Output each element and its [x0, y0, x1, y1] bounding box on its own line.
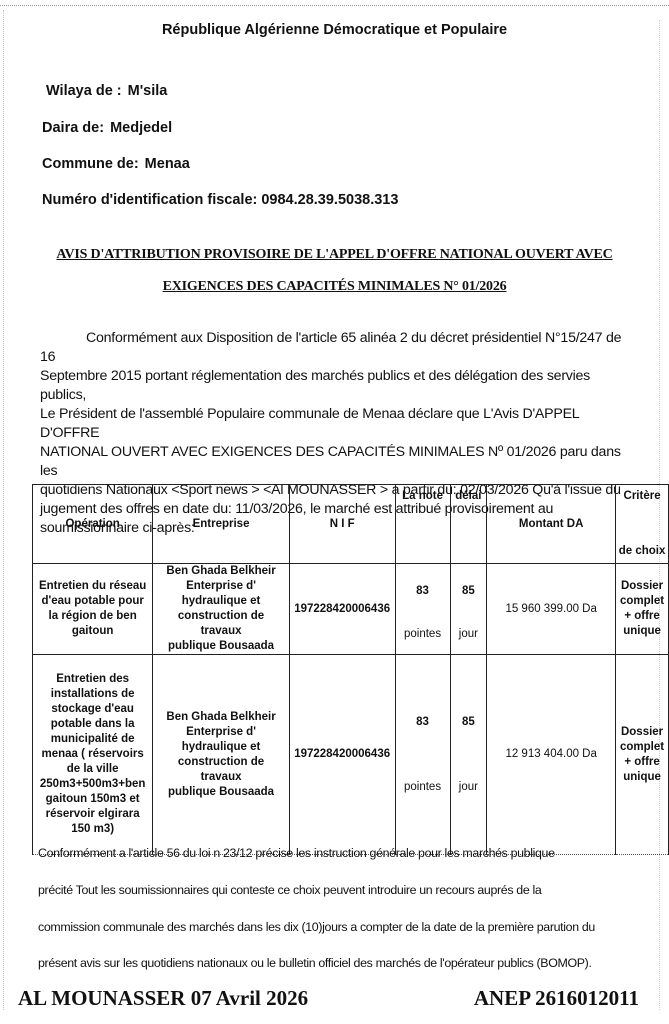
- publication-signature: AL MOUNASSER 07 Avril 2026: [18, 986, 308, 1011]
- delai-unit: jour: [454, 780, 484, 795]
- table-row: Entretien desinstallations destockage d'…: [33, 655, 669, 855]
- wilaya-label: Wilaya de :: [46, 83, 122, 99]
- scan-edge-left: [3, 10, 5, 1010]
- header-critere-top: Critère: [616, 489, 668, 504]
- delai-value: 85: [454, 715, 484, 730]
- cell-line: menaa ( réservoirs: [36, 747, 149, 762]
- note-value: 83: [399, 584, 447, 599]
- cell-delai: 85jour: [450, 564, 487, 655]
- cell-line: publique Bousaada: [156, 785, 286, 800]
- cell-line: installations de: [36, 687, 149, 702]
- nif-value: 0984.28.39.5038.313: [261, 192, 398, 208]
- header-operation: Opération: [33, 485, 153, 564]
- header-note: La note: [395, 485, 450, 564]
- cell-line: de la ville: [36, 762, 149, 777]
- country-heading: République Algérienne Démocratique et Po…: [0, 22, 669, 38]
- daira-label: Daira de:: [42, 120, 104, 136]
- cell-line: Entretien des: [36, 672, 149, 687]
- footer-line: présent avis sur les quotidiens nationau…: [38, 956, 648, 970]
- commune-label: Commune de:: [42, 156, 139, 172]
- intro-line: Conformément aux Disposition de l'articl…: [40, 329, 636, 367]
- cell-line: + offre: [619, 609, 665, 624]
- table-header-row: Opération Entreprise N I F La note délai…: [33, 485, 669, 564]
- cell-line: unique: [619, 770, 665, 785]
- footer-line: Conformément a l'article 56 du loi n 23/…: [38, 846, 648, 860]
- header-nif: N I F: [289, 485, 395, 564]
- cell-line: complet: [619, 740, 665, 755]
- header-entreprise: Entreprise: [153, 485, 290, 564]
- nif-number: 197228420006436: [294, 748, 390, 760]
- cell-nif: 197228420006436: [289, 564, 395, 655]
- note-unit: pointes: [399, 627, 447, 642]
- note-unit: pointes: [399, 780, 447, 795]
- cell-montant: 12 913 404.00 Da: [487, 655, 616, 855]
- daira-value: Medjedel: [110, 120, 172, 136]
- cell-critere: Dossiercomplet+ offreunique: [616, 655, 669, 855]
- intro-line: Septembre 2015 portant réglementation de…: [40, 367, 636, 405]
- cell-delai: 85jour: [450, 655, 487, 855]
- cell-nif: 197228420006436: [289, 655, 395, 855]
- cell-line: Dossier: [619, 725, 665, 740]
- cell-line: construction de travaux: [156, 755, 286, 785]
- wilaya-value: M'sila: [128, 83, 168, 99]
- cell-line: la région de ben: [36, 609, 149, 624]
- header-delai: délai: [450, 485, 487, 564]
- cell-note: 83pointes: [395, 655, 450, 855]
- cell-entreprise: Ben Ghada BelkheirEnterprise d'hydrauliq…: [153, 564, 290, 655]
- wilaya-field: Wilaya de :M'sila: [46, 83, 167, 99]
- montant-value: 12 913 404.00 Da: [505, 748, 596, 760]
- montant-value: 15 960 399.00 Da: [505, 603, 596, 615]
- cell-line: complet: [619, 594, 665, 609]
- daira-field: Daira de:Medjedel: [42, 120, 172, 136]
- table-row: Entretien du réseaud'eau potable pourla …: [33, 564, 669, 655]
- cell-line: municipalité de: [36, 732, 149, 747]
- commune-value: Menaa: [145, 156, 190, 172]
- cell-line: unique: [619, 624, 665, 639]
- cell-operation: Entretien du réseaud'eau potable pourla …: [33, 564, 153, 655]
- cell-montant: 15 960 399.00 Da: [487, 564, 616, 655]
- scan-edge-top: [0, 5, 669, 7]
- anep-reference: ANEP 2616012011: [474, 986, 639, 1011]
- footer-line: commission communale des marchés dans le…: [38, 920, 648, 934]
- cell-line: publique Bousaada: [156, 639, 286, 654]
- cell-line: Enterprise d': [156, 579, 286, 594]
- commune-field: Commune de:Menaa: [42, 156, 190, 172]
- cell-line: stockage d'eau: [36, 702, 149, 717]
- header-critere-bottom: de choix: [616, 544, 668, 559]
- cell-critere: Dossiercomplet+ offreunique: [616, 564, 669, 655]
- cell-note: 83pointes: [395, 564, 450, 655]
- attribution-table: Opération Entreprise N I F La note délai…: [32, 484, 669, 855]
- intro-line: NATIONAL OUVERT AVEC EXIGENCES DES CAPAC…: [40, 443, 636, 481]
- cell-line: 150 m3): [36, 822, 149, 837]
- cell-line: hydraulique et: [156, 594, 286, 609]
- note-value: 83: [399, 715, 447, 730]
- nif-field: Numéro d'identification fiscale:0984.28.…: [42, 192, 398, 208]
- notice-title-line-2: EXIGENCES DES CAPACITÉS MINIMALES N° 01/…: [0, 279, 669, 295]
- cell-line: construction de travaux: [156, 609, 286, 639]
- cell-line: réservoir elgirara: [36, 807, 149, 822]
- cell-line: Ben Ghada Belkheir: [156, 564, 286, 579]
- nif-number: 197228420006436: [294, 603, 390, 615]
- cell-line: + offre: [619, 755, 665, 770]
- cell-line: potable dans la: [36, 717, 149, 732]
- cell-line: d'eau potable pour: [36, 594, 149, 609]
- footer-line: précité Tout les soumissionnaires qui co…: [38, 883, 648, 897]
- cell-line: gaitoun 150m3 et: [36, 792, 149, 807]
- cell-entreprise: Ben Ghada BelkheirEnterprise d'hydrauliq…: [153, 655, 290, 855]
- intro-line: Le Président de l'assemblé Populaire com…: [40, 405, 636, 443]
- delai-value: 85: [454, 584, 484, 599]
- notice-title-line-1: AVIS D'ATTRIBUTION PROVISOIRE DE L'APPEL…: [0, 247, 669, 263]
- cell-line: Enterprise d': [156, 725, 286, 740]
- cell-line: Ben Ghada Belkheir: [156, 710, 286, 725]
- cell-operation: Entretien desinstallations destockage d'…: [33, 655, 153, 855]
- cell-line: hydraulique et: [156, 740, 286, 755]
- cell-line: 250m3+500m3+ben: [36, 777, 149, 792]
- header-critere: Critère de choix: [616, 485, 669, 564]
- cell-line: Dossier: [619, 579, 665, 594]
- header-montant: Montant DA: [487, 485, 616, 564]
- cell-line: Entretien du réseau: [36, 579, 149, 594]
- cell-line: gaitoun: [36, 624, 149, 639]
- delai-unit: jour: [454, 627, 484, 642]
- nif-label: Numéro d'identification fiscale:: [42, 192, 257, 208]
